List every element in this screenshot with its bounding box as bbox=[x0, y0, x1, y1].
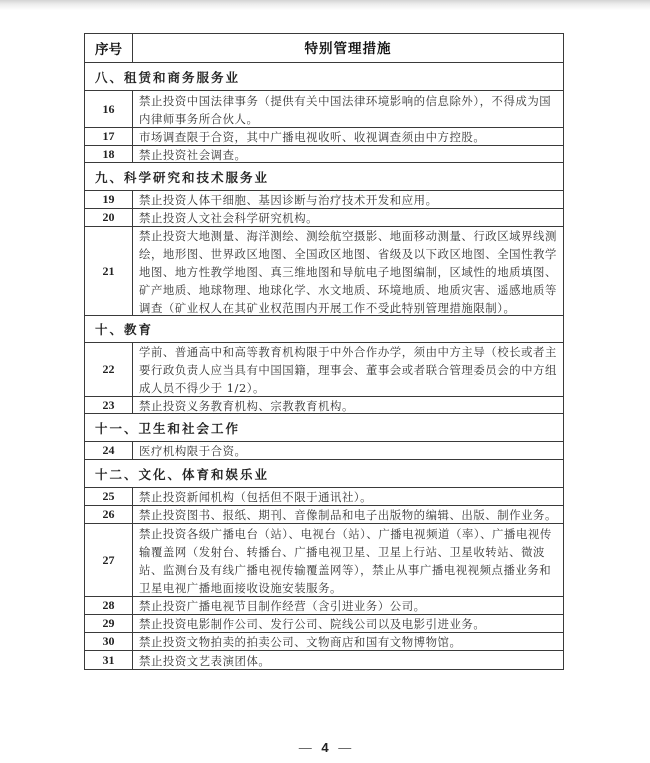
section-header-row: 十、教育 bbox=[85, 316, 563, 343]
measure-text: 禁止投资文艺表演团体。 bbox=[139, 652, 270, 670]
viewer-top-shadow bbox=[0, 0, 650, 10]
table-row: 18禁止投资社会调查。 bbox=[85, 146, 563, 163]
table-row: 30禁止投资文物拍卖的拍卖公司、文物商店和国有文物博物馆。 bbox=[85, 633, 563, 651]
measure-text: 市场调查限于合资，其中广播电视收听、收视调查须由中方控股。 bbox=[139, 128, 485, 146]
row-number: 20 bbox=[85, 209, 133, 226]
measure-text: 禁止投资人文社会科学研究机构。 bbox=[139, 209, 318, 227]
row-measure-text: 医疗机构限于合资。 bbox=[133, 442, 563, 459]
row-number: 31 bbox=[85, 651, 133, 669]
row-number: 30 bbox=[85, 633, 133, 650]
section-title: 十一、卫生和社会工作 bbox=[95, 419, 240, 437]
header-num-label: 序号 bbox=[85, 34, 133, 62]
row-measure-text: 市场调查限于合资，其中广播电视收听、收视调查须由中方控股。 bbox=[133, 128, 563, 145]
measure-text: 禁止投资各级广播电台（站）、电视台（站）、广播电视频道（率）、广播电视传输覆盖网… bbox=[139, 525, 557, 597]
row-measure-text: 禁止投资人文社会科学研究机构。 bbox=[133, 209, 563, 226]
table-row: 27禁止投资各级广播电台（站）、电视台（站）、广播电视频道（率）、广播电视传输覆… bbox=[85, 524, 563, 597]
section-title: 九、科学研究和技术服务业 bbox=[95, 168, 269, 186]
table-row: 22学前、普通高中和高等教育机构限于中外合作办学，须由中方主导（校长或者主要行政… bbox=[85, 343, 563, 397]
table-row: 16禁止投资中国法律事务（提供有关中国法律环境影响的信息除外），不得成为国内律师… bbox=[85, 91, 563, 128]
row-number: 22 bbox=[85, 343, 133, 396]
measure-text: 禁止投资社会调查。 bbox=[139, 146, 246, 164]
row-number: 25 bbox=[85, 488, 133, 505]
table-row: 24医疗机构限于合资。 bbox=[85, 442, 563, 460]
section-header-row: 十一、卫生和社会工作 bbox=[85, 414, 563, 442]
row-measure-text: 禁止投资文艺表演团体。 bbox=[133, 651, 563, 669]
section-title: 十、教育 bbox=[95, 320, 153, 338]
section-title: 十二、文化、体育和娱乐业 bbox=[95, 465, 269, 483]
measure-text: 禁止投资新闻机构（包括但不限于通讯社）。 bbox=[139, 488, 372, 506]
measure-text: 禁止投资电影制作公司、发行公司、院线公司以及电影引进业务。 bbox=[139, 615, 485, 633]
row-measure-text: 禁止投资人体干细胞、基因诊断与治疗技术开发和应用。 bbox=[133, 191, 563, 208]
row-measure-text: 禁止投资各级广播电台（站）、电视台（站）、广播电视频道（率）、广播电视传输覆盖网… bbox=[133, 524, 563, 596]
measure-text: 禁止投资人体干细胞、基因诊断与治疗技术开发和应用。 bbox=[139, 191, 438, 209]
special-measures-table: 序号 特别管理措施 八、租赁和商务服务业16禁止投资中国法律事务（提供有关中国法… bbox=[84, 33, 564, 670]
footer-dash-left: — bbox=[299, 740, 312, 755]
row-number: 21 bbox=[85, 227, 133, 315]
table-row: 29禁止投资电影制作公司、发行公司、院线公司以及电影引进业务。 bbox=[85, 615, 563, 633]
header-measure-label: 特别管理措施 bbox=[133, 34, 563, 62]
row-measure-text: 学前、普通高中和高等教育机构限于中外合作办学，须由中方主导（校长或者主要行政负责… bbox=[133, 343, 563, 396]
page-footer: — 4 — bbox=[0, 740, 650, 755]
row-measure-text: 禁止投资图书、报纸、期刊、音像制品和电子出版物的编辑、出版、制作业务。 bbox=[133, 506, 563, 523]
table-row: 19禁止投资人体干细胞、基因诊断与治疗技术开发和应用。 bbox=[85, 191, 563, 209]
row-number: 16 bbox=[85, 91, 133, 127]
measure-text: 禁止投资广播电视节目制作经营（含引进业务）公司。 bbox=[139, 597, 426, 615]
row-number: 29 bbox=[85, 615, 133, 632]
measure-text: 禁止投资中国法律事务（提供有关中国法律环境影响的信息除外），不得成为国内律师事务… bbox=[139, 92, 557, 128]
measure-text: 禁止投资义务教育机构、宗教教育机构。 bbox=[139, 397, 354, 415]
row-number: 18 bbox=[85, 146, 133, 162]
measure-text: 禁止投资大地测量、海洋测绘、测绘航空摄影、地面移动测量、行政区域界线测绘，地形图… bbox=[139, 227, 557, 317]
table-row: 25禁止投资新闻机构（包括但不限于通讯社）。 bbox=[85, 488, 563, 506]
row-measure-text: 禁止投资大地测量、海洋测绘、测绘航空摄影、地面移动测量、行政区域界线测绘，地形图… bbox=[133, 227, 563, 315]
table-row: 31禁止投资文艺表演团体。 bbox=[85, 651, 563, 669]
row-measure-text: 禁止投资电影制作公司、发行公司、院线公司以及电影引进业务。 bbox=[133, 615, 563, 632]
row-measure-text: 禁止投资新闻机构（包括但不限于通讯社）。 bbox=[133, 488, 563, 505]
measure-text: 禁止投资文物拍卖的拍卖公司、文物商店和国有文物博物馆。 bbox=[139, 633, 461, 651]
section-title: 八、租赁和商务服务业 bbox=[95, 68, 240, 86]
row-measure-text: 禁止投资社会调查。 bbox=[133, 146, 563, 162]
row-number: 23 bbox=[85, 397, 133, 413]
measure-text: 学前、普通高中和高等教育机构限于中外合作办学，须由中方主导（校长或者主要行政负责… bbox=[139, 343, 557, 397]
row-measure-text: 禁止投资文物拍卖的拍卖公司、文物商店和国有文物博物馆。 bbox=[133, 633, 563, 650]
row-measure-text: 禁止投资中国法律事务（提供有关中国法律环境影响的信息除外），不得成为国内律师事务… bbox=[133, 91, 563, 127]
table-row: 20禁止投资人文社会科学研究机构。 bbox=[85, 209, 563, 227]
measure-text: 医疗机构限于合资。 bbox=[139, 442, 246, 460]
measure-text: 禁止投资图书、报纸、期刊、音像制品和电子出版物的编辑、出版、制作业务。 bbox=[139, 506, 557, 524]
row-number: 19 bbox=[85, 191, 133, 208]
row-measure-text: 禁止投资广播电视节目制作经营（含引进业务）公司。 bbox=[133, 597, 563, 614]
page-number: 4 bbox=[321, 740, 328, 755]
row-number: 26 bbox=[85, 506, 133, 523]
table-row: 26禁止投资图书、报纸、期刊、音像制品和电子出版物的编辑、出版、制作业务。 bbox=[85, 506, 563, 524]
row-number: 28 bbox=[85, 597, 133, 614]
section-header-row: 九、科学研究和技术服务业 bbox=[85, 163, 563, 191]
table-row: 23禁止投资义务教育机构、宗教教育机构。 bbox=[85, 397, 563, 414]
footer-dash-right: — bbox=[338, 740, 351, 755]
table-row: 28禁止投资广播电视节目制作经营（含引进业务）公司。 bbox=[85, 597, 563, 615]
section-header-row: 十二、文化、体育和娱乐业 bbox=[85, 460, 563, 488]
row-measure-text: 禁止投资义务教育机构、宗教教育机构。 bbox=[133, 397, 563, 413]
section-header-row: 八、租赁和商务服务业 bbox=[85, 63, 563, 91]
row-number: 24 bbox=[85, 442, 133, 459]
table-row: 17市场调查限于合资，其中广播电视收听、收视调查须由中方控股。 bbox=[85, 128, 563, 146]
row-number: 27 bbox=[85, 524, 133, 596]
table-row: 21禁止投资大地测量、海洋测绘、测绘航空摄影、地面移动测量、行政区域界线测绘，地… bbox=[85, 227, 563, 316]
row-number: 17 bbox=[85, 128, 133, 145]
table-header-row: 序号 特别管理措施 bbox=[85, 34, 563, 63]
